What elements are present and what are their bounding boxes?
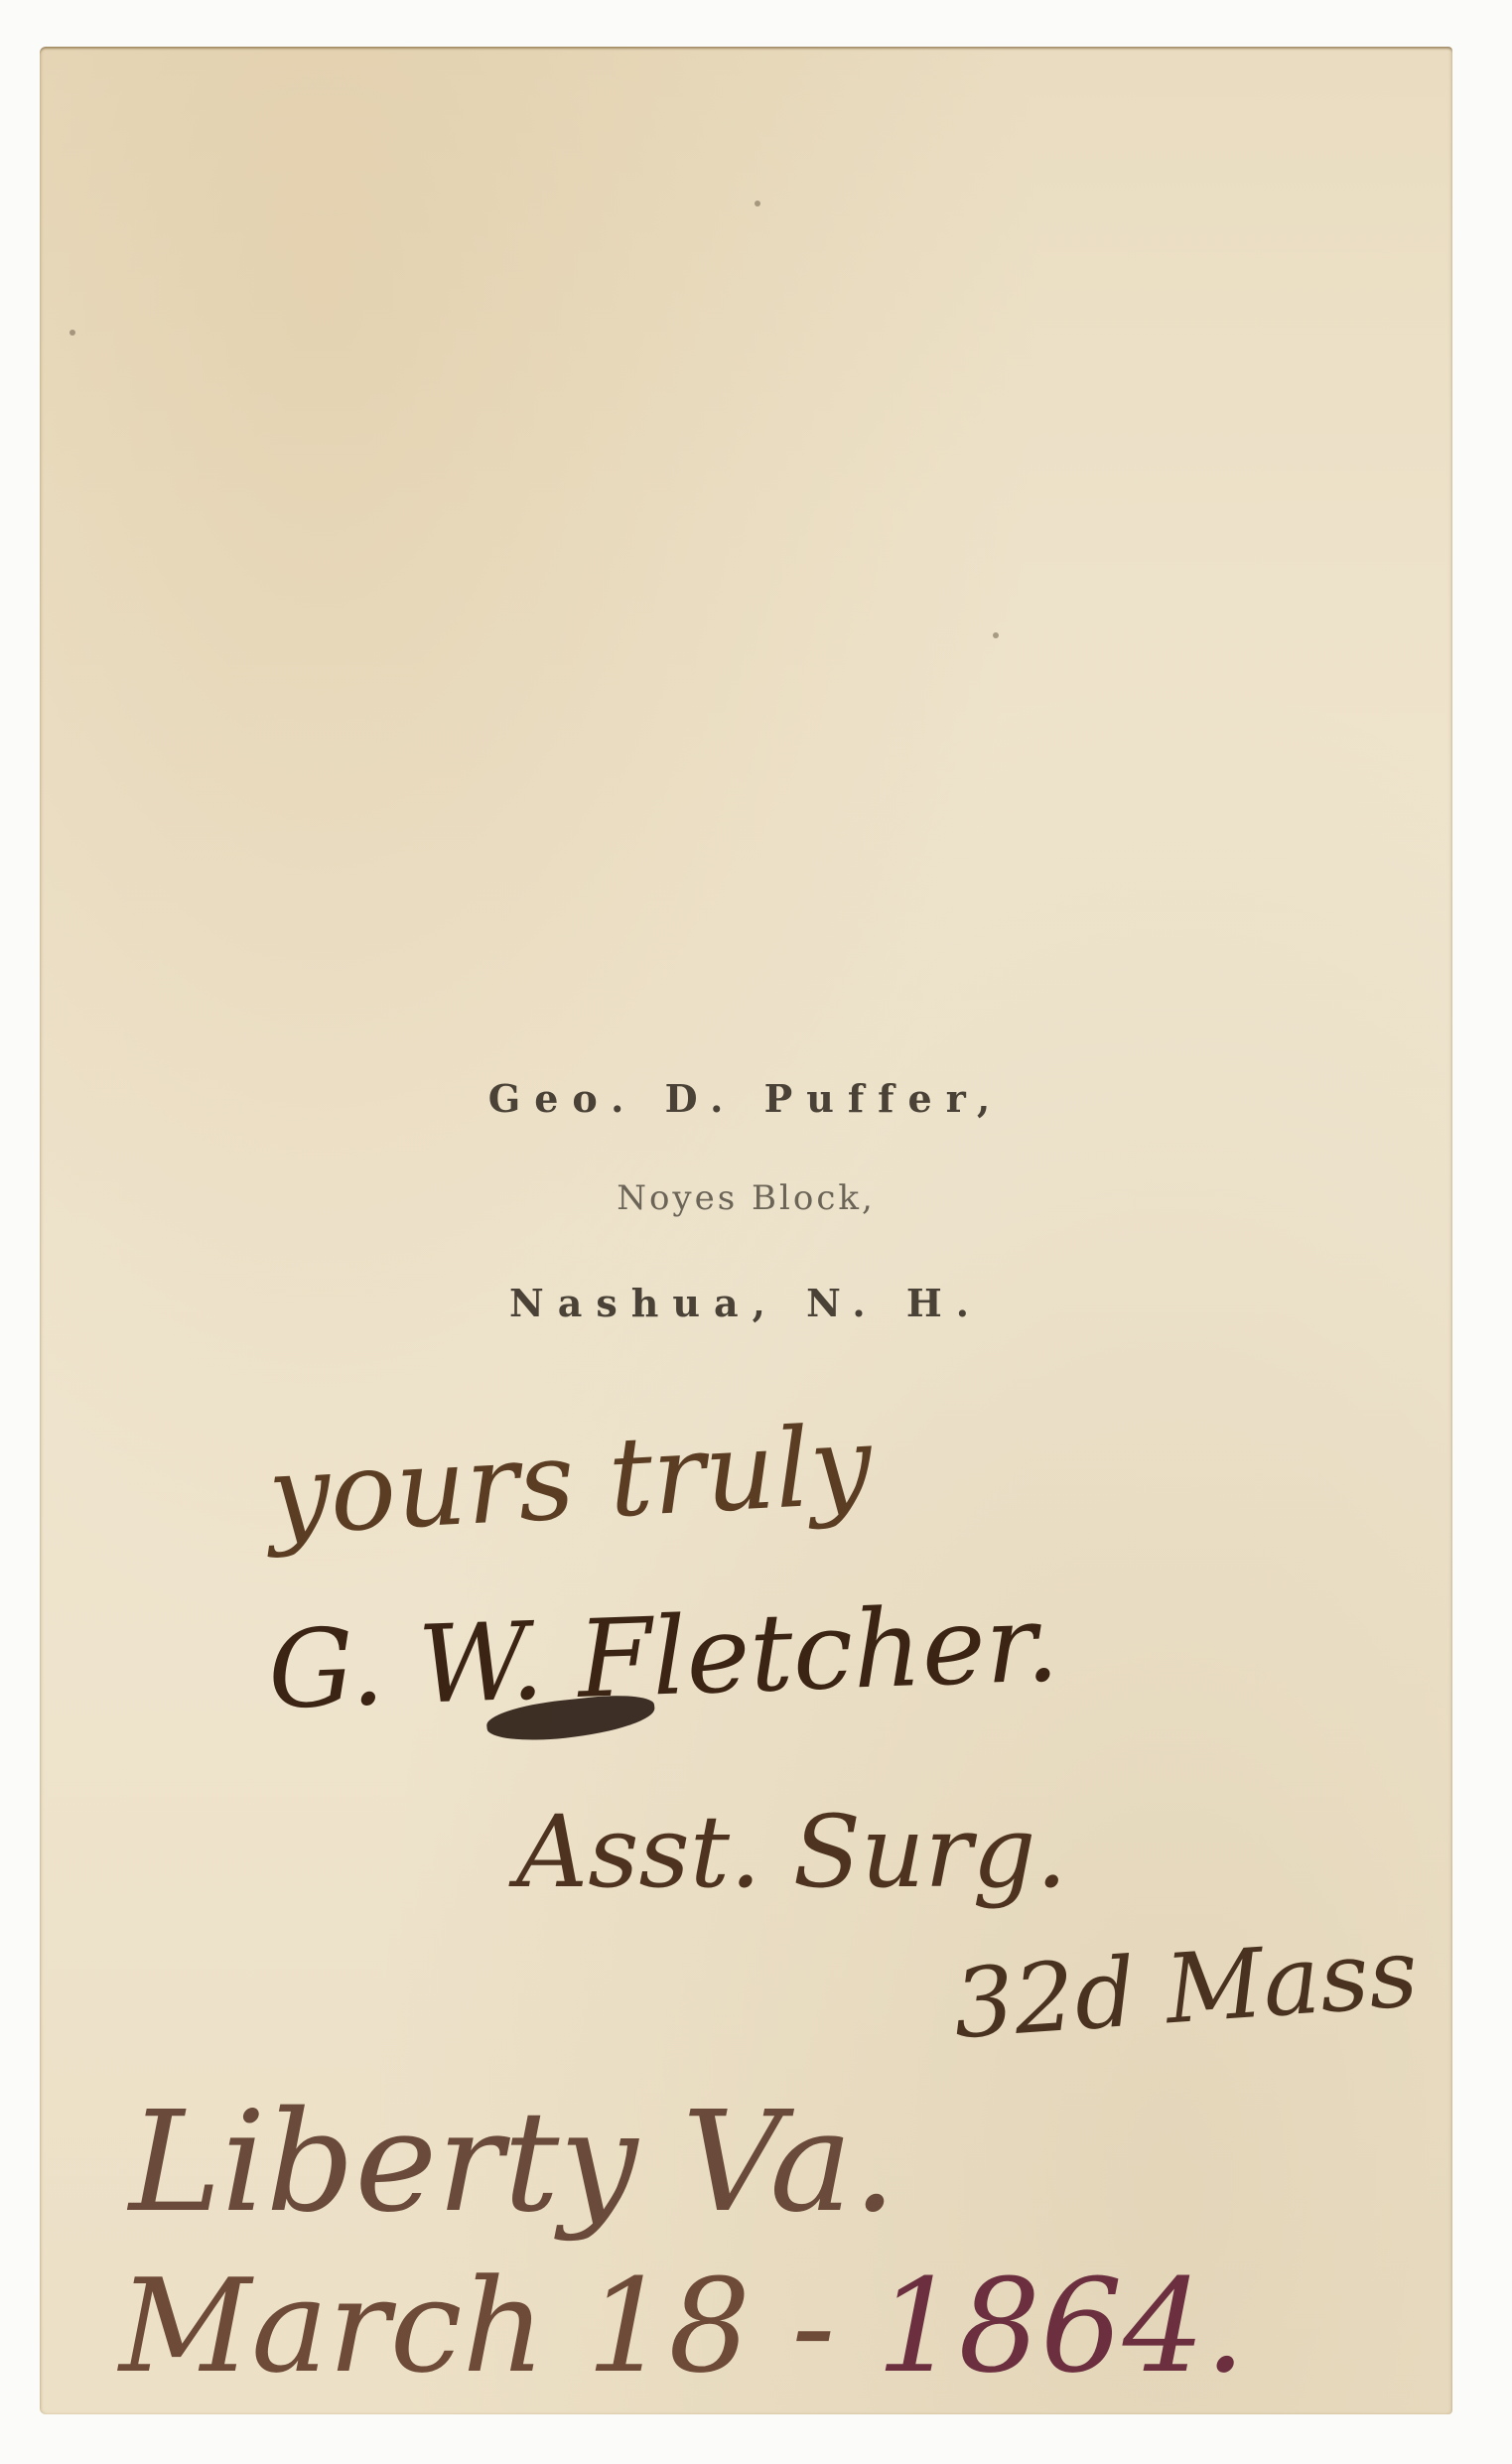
paper-speck [69, 330, 75, 336]
handwritten-date: March 18 - 1864. [119, 2251, 1246, 2401]
handwritten-rank: Asst. Surg. [516, 1794, 1067, 1910]
handwritten-place: Liberty Va. [129, 2082, 896, 2244]
handwritten-closing: yours truly [265, 1401, 875, 1560]
photo-card-back: Geo. D. Puffer, Noyes Block, Nashua, N. … [40, 47, 1452, 2414]
photographer-city: Nashua, N. H. [40, 1281, 1452, 1325]
photographer-name: Geo. D. Puffer, [40, 1076, 1452, 1121]
date-year: 1864. [877, 2251, 1246, 2401]
paper-speck [755, 201, 760, 206]
photographer-address: Noyes Block, [40, 1178, 1452, 1218]
date-month-day: March 18 - [119, 2251, 877, 2401]
paper-speck [993, 632, 999, 638]
handwritten-signature: G. W. Fletcher. [266, 1581, 1061, 1733]
handwritten-regiment: 32d Mass [950, 1917, 1422, 2060]
